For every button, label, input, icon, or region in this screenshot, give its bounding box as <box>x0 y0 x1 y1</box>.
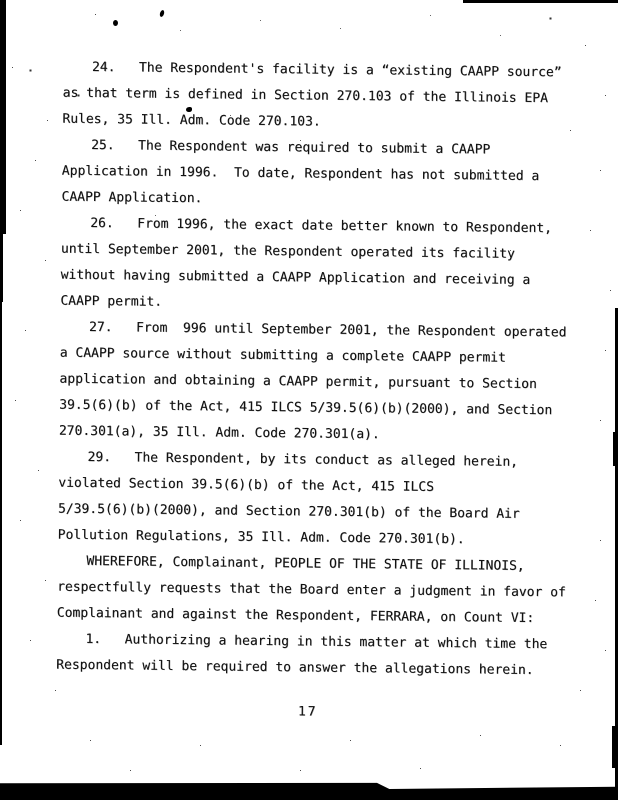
paragraph: 27. From 996 until September 2001, the R… <box>0 314 615 451</box>
scan-edge-left-line <box>0 302 2 745</box>
ink-blot <box>113 20 118 26</box>
text-line: Respondent will be required to answer th… <box>56 653 611 685</box>
scan-edge-top-line <box>463 0 618 3</box>
scan-edge-right-nub <box>612 726 618 768</box>
scan-edge-right-nub <box>613 432 618 466</box>
paragraph: 26. From 1996, the exact date better kno… <box>0 210 616 321</box>
ink-blot <box>159 10 165 18</box>
scan-edge-left-bar <box>0 0 6 234</box>
page-number: 17 <box>56 697 560 729</box>
paragraph: 25. The Respondent was required to submi… <box>0 132 617 217</box>
paragraph: 29. The Respondent, by its conduct as al… <box>0 444 614 555</box>
paragraph: WHEREFORE, Complainant, PEOPLE OF THE ST… <box>0 548 613 633</box>
scan-edge-bottom-bar <box>0 781 618 800</box>
scan-edge-left-bar <box>0 234 3 302</box>
scan-noise <box>0 0 1 1</box>
paragraph: 1. Authorizing a hearing in this matter … <box>0 626 612 685</box>
document-content: 24. The Respondent's facility is a “exis… <box>0 54 618 729</box>
document-body: 24. The Respondent's facility is a “exis… <box>0 54 618 685</box>
ink-blot <box>186 107 192 112</box>
paragraph: 24. The Respondent's facility is a “exis… <box>0 54 618 139</box>
